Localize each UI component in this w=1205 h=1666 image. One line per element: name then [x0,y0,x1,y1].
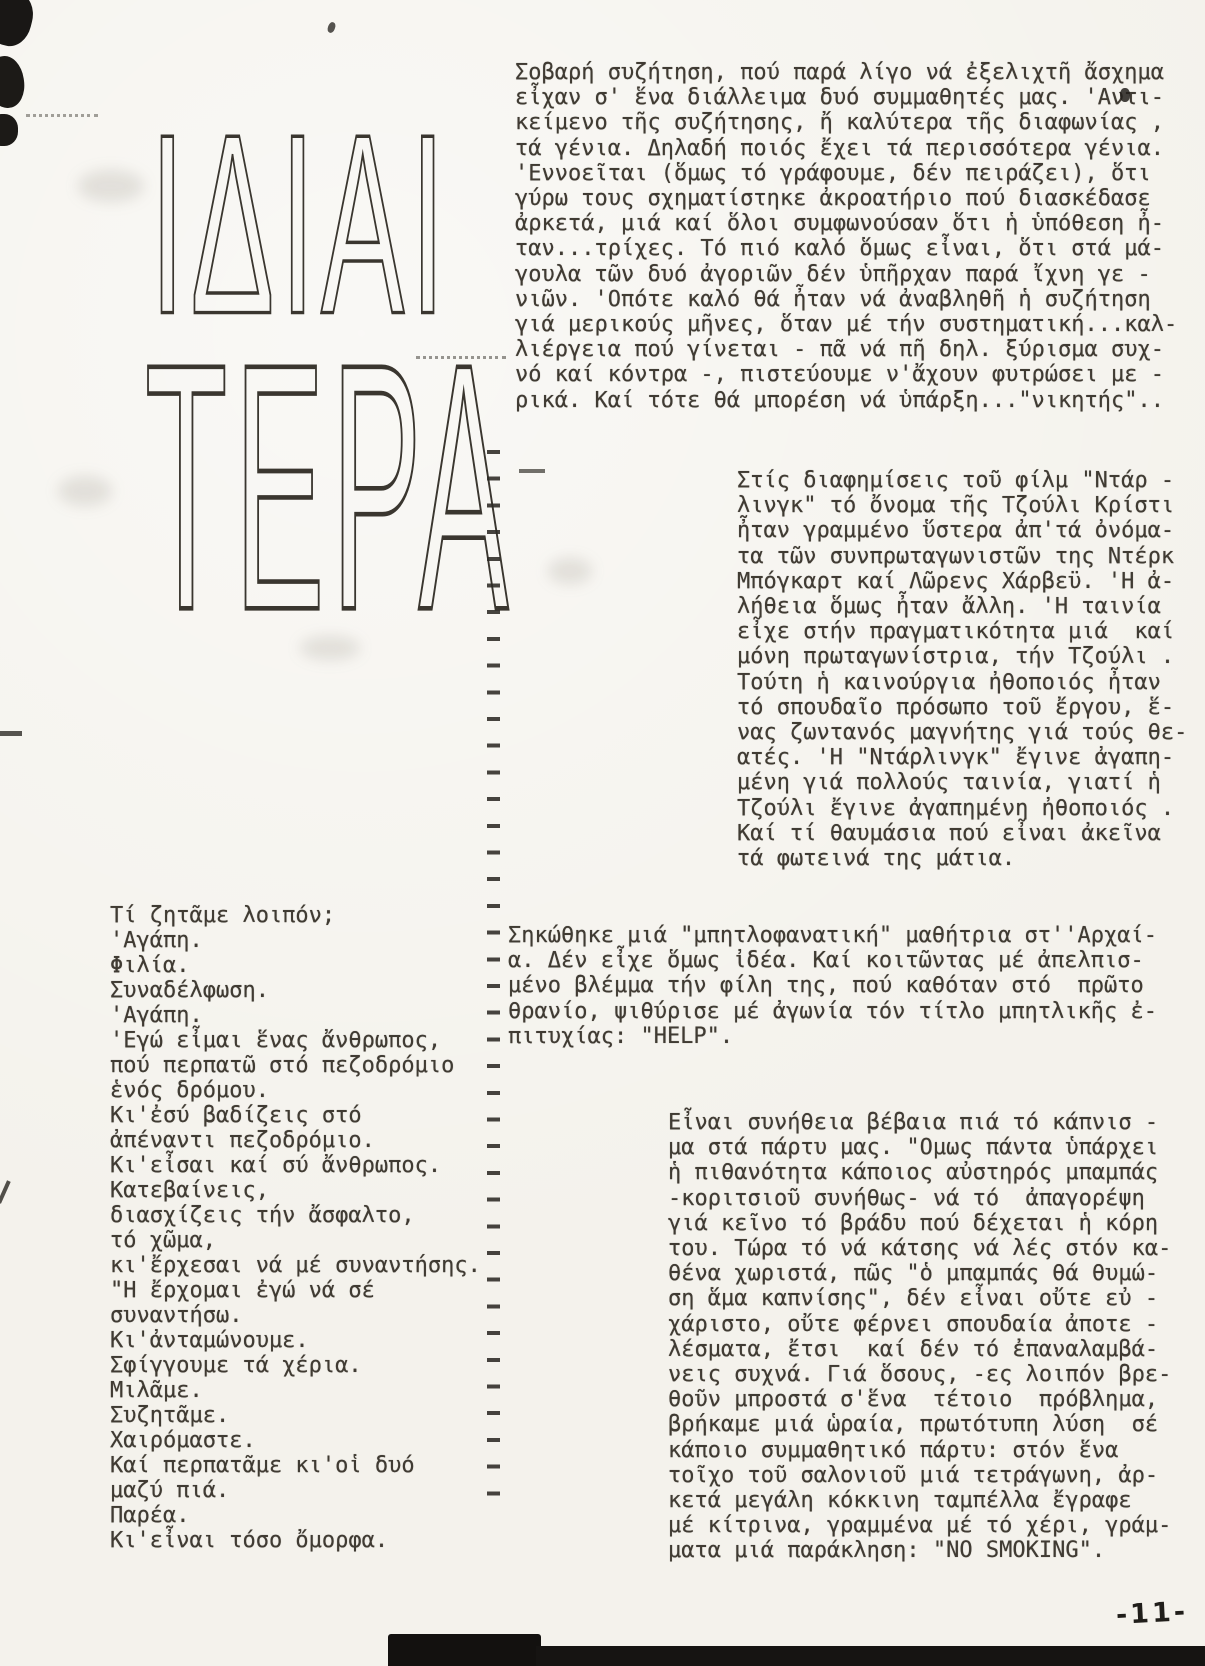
scan-artifact-smudge [58,476,112,506]
scan-artifact-tick [0,1180,11,1204]
scan-artifact-smudge [548,558,592,584]
scan-artifact-spot [326,21,336,34]
scan-artifact-dash [0,731,22,736]
scan-artifact-bottom-bar [536,1646,1205,1666]
article-darling-film: Στίς διαφημίσεις τοῦ φίλμ "Ντάρ - λινγκ"… [737,468,1187,871]
scan-artifact-smudge [78,170,144,202]
article-no-smoking: Εἶναι συνήθεια βέβαια πιά τό κάπνισ - μα… [668,1110,1171,1564]
magazine-page: ΙΔΙΑΙ ΤΕΡΑ Σοβαρή συζήτηση, πού παρά λίγ… [0,0,1205,1666]
scan-artifact-bottom-bar [388,1634,541,1666]
scan-artifact-edge-blob [0,114,18,146]
scan-artifact-dots [26,114,98,117]
scan-artifact-smudge [300,636,360,660]
scan-artifact-edge-blob [0,0,38,50]
masthead-line2: ΤΕΡΑ [145,292,516,636]
page-number: -11- [1115,1596,1189,1631]
scan-artifact-dash [519,469,545,473]
poem-what-do-we-ask: Τί ζητᾶμε λοιπόν; 'Αγάπη. Φιλία. Συναδέλ… [110,903,481,1553]
scan-artifact-edge-blob [0,54,27,111]
scan-artifact-spot [1120,88,1130,102]
column-divider-dashes [487,450,500,1518]
masthead-title: ΙΔΙΑΙ ΤΕΡΑ [130,126,530,636]
scan-artifact-dotted-line [416,356,506,359]
article-beards-discussion: Σοβαρή συζήτηση, πού παρά λίγο νά ἐξελιχ… [515,60,1177,413]
article-help-anecdote: Σηκώθηκε μιά "μπητλοφανατική" μαθήτρια σ… [508,923,1157,1049]
